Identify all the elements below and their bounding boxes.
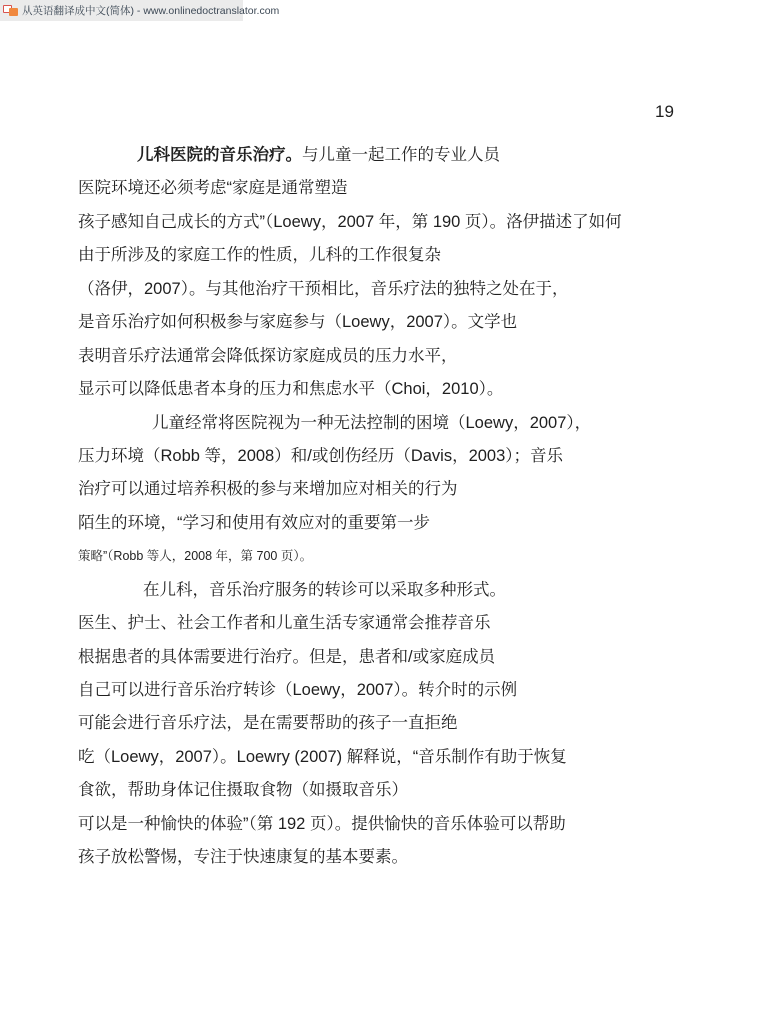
section-title: 儿科医院的音乐治疗。 xyxy=(137,146,302,164)
text-line: （洛伊，2007）。与其他治疗干预相比，音乐疗法的独特之处在于， xyxy=(78,273,718,306)
page-number: 19 xyxy=(655,102,674,122)
text-line: 医生、护士、社会工作者和儿童生活专家通常会推荐音乐 xyxy=(78,607,718,640)
text-line: 在儿科，音乐治疗服务的转诊可以采取多种形式。 xyxy=(78,574,718,607)
translator-icon xyxy=(3,4,18,17)
text-line: 由于所涉及的家庭工作的性质，儿科的工作很复杂 xyxy=(78,239,718,272)
text-line: 可以是一种愉快的体验”（第 192 页）。提供愉快的音乐体验可以帮助 xyxy=(78,808,718,841)
text-line: 吃（Loewy，2007）。Loewry (2007) 解释说，“音乐制作有助于… xyxy=(78,741,718,774)
text-line: 自己可以进行音乐治疗转诊（Loewy，2007）。转介时的示例 xyxy=(78,674,718,707)
text-line: 策略”（Robb 等人，2008 年，第 700 页）。 xyxy=(78,540,718,573)
text-line: 与儿童一起工作的专业人员 xyxy=(302,146,500,164)
text-line: 压力环境（Robb 等，2008）和/或创伤经历（Davis，2003）；音乐 xyxy=(78,440,718,473)
text-line: 医院环境还必须考虑“家庭是通常塑造 xyxy=(78,172,718,205)
text-line: 孩子放松警惕，专注于快速康复的基本要素。 xyxy=(78,841,718,874)
text-line: 可能会进行音乐疗法，是在需要帮助的孩子一直拒绝 xyxy=(78,707,718,740)
text-line: 治疗可以通过培养积极的参与来增加应对相关的行为 xyxy=(78,473,718,506)
text-line: 是音乐治疗如何积极参与家庭参与（Loewy，2007）。文学也 xyxy=(78,306,718,339)
text-line: 食欲，帮助身体记住摄取食物（如摄取音乐） xyxy=(78,774,718,807)
text-line: 根据患者的具体需要进行治疗。但是，患者和/或家庭成员 xyxy=(78,641,718,674)
text-line: 儿科医院的音乐治疗。与儿童一起工作的专业人员 xyxy=(78,139,718,172)
document-body: 儿科医院的音乐治疗。与儿童一起工作的专业人员 医院环境还必须考虑“家庭是通常塑造… xyxy=(78,139,718,875)
text-line: 孩子感知自己成长的方式”（Loewy，2007 年，第 190 页）。洛伊描述了… xyxy=(78,206,718,239)
text-line: 显示可以降低患者本身的压力和焦虑水平（Choi，2010）。 xyxy=(78,373,718,406)
translator-banner-label[interactable]: 从英语翻译成中文(简体) - www.onlinedoctranslator.c… xyxy=(22,3,279,18)
text-line: 陌生的环境，“学习和使用有效应对的重要第一步 xyxy=(78,507,718,540)
text-line: 儿童经常将医院视为一种无法控制的困境（Loewy，2007）， xyxy=(78,407,718,440)
text-line: 表明音乐疗法通常会降低探访家庭成员的压力水平， xyxy=(78,340,718,373)
translator-banner[interactable]: 从英语翻译成中文(简体) - www.onlinedoctranslator.c… xyxy=(0,0,243,21)
